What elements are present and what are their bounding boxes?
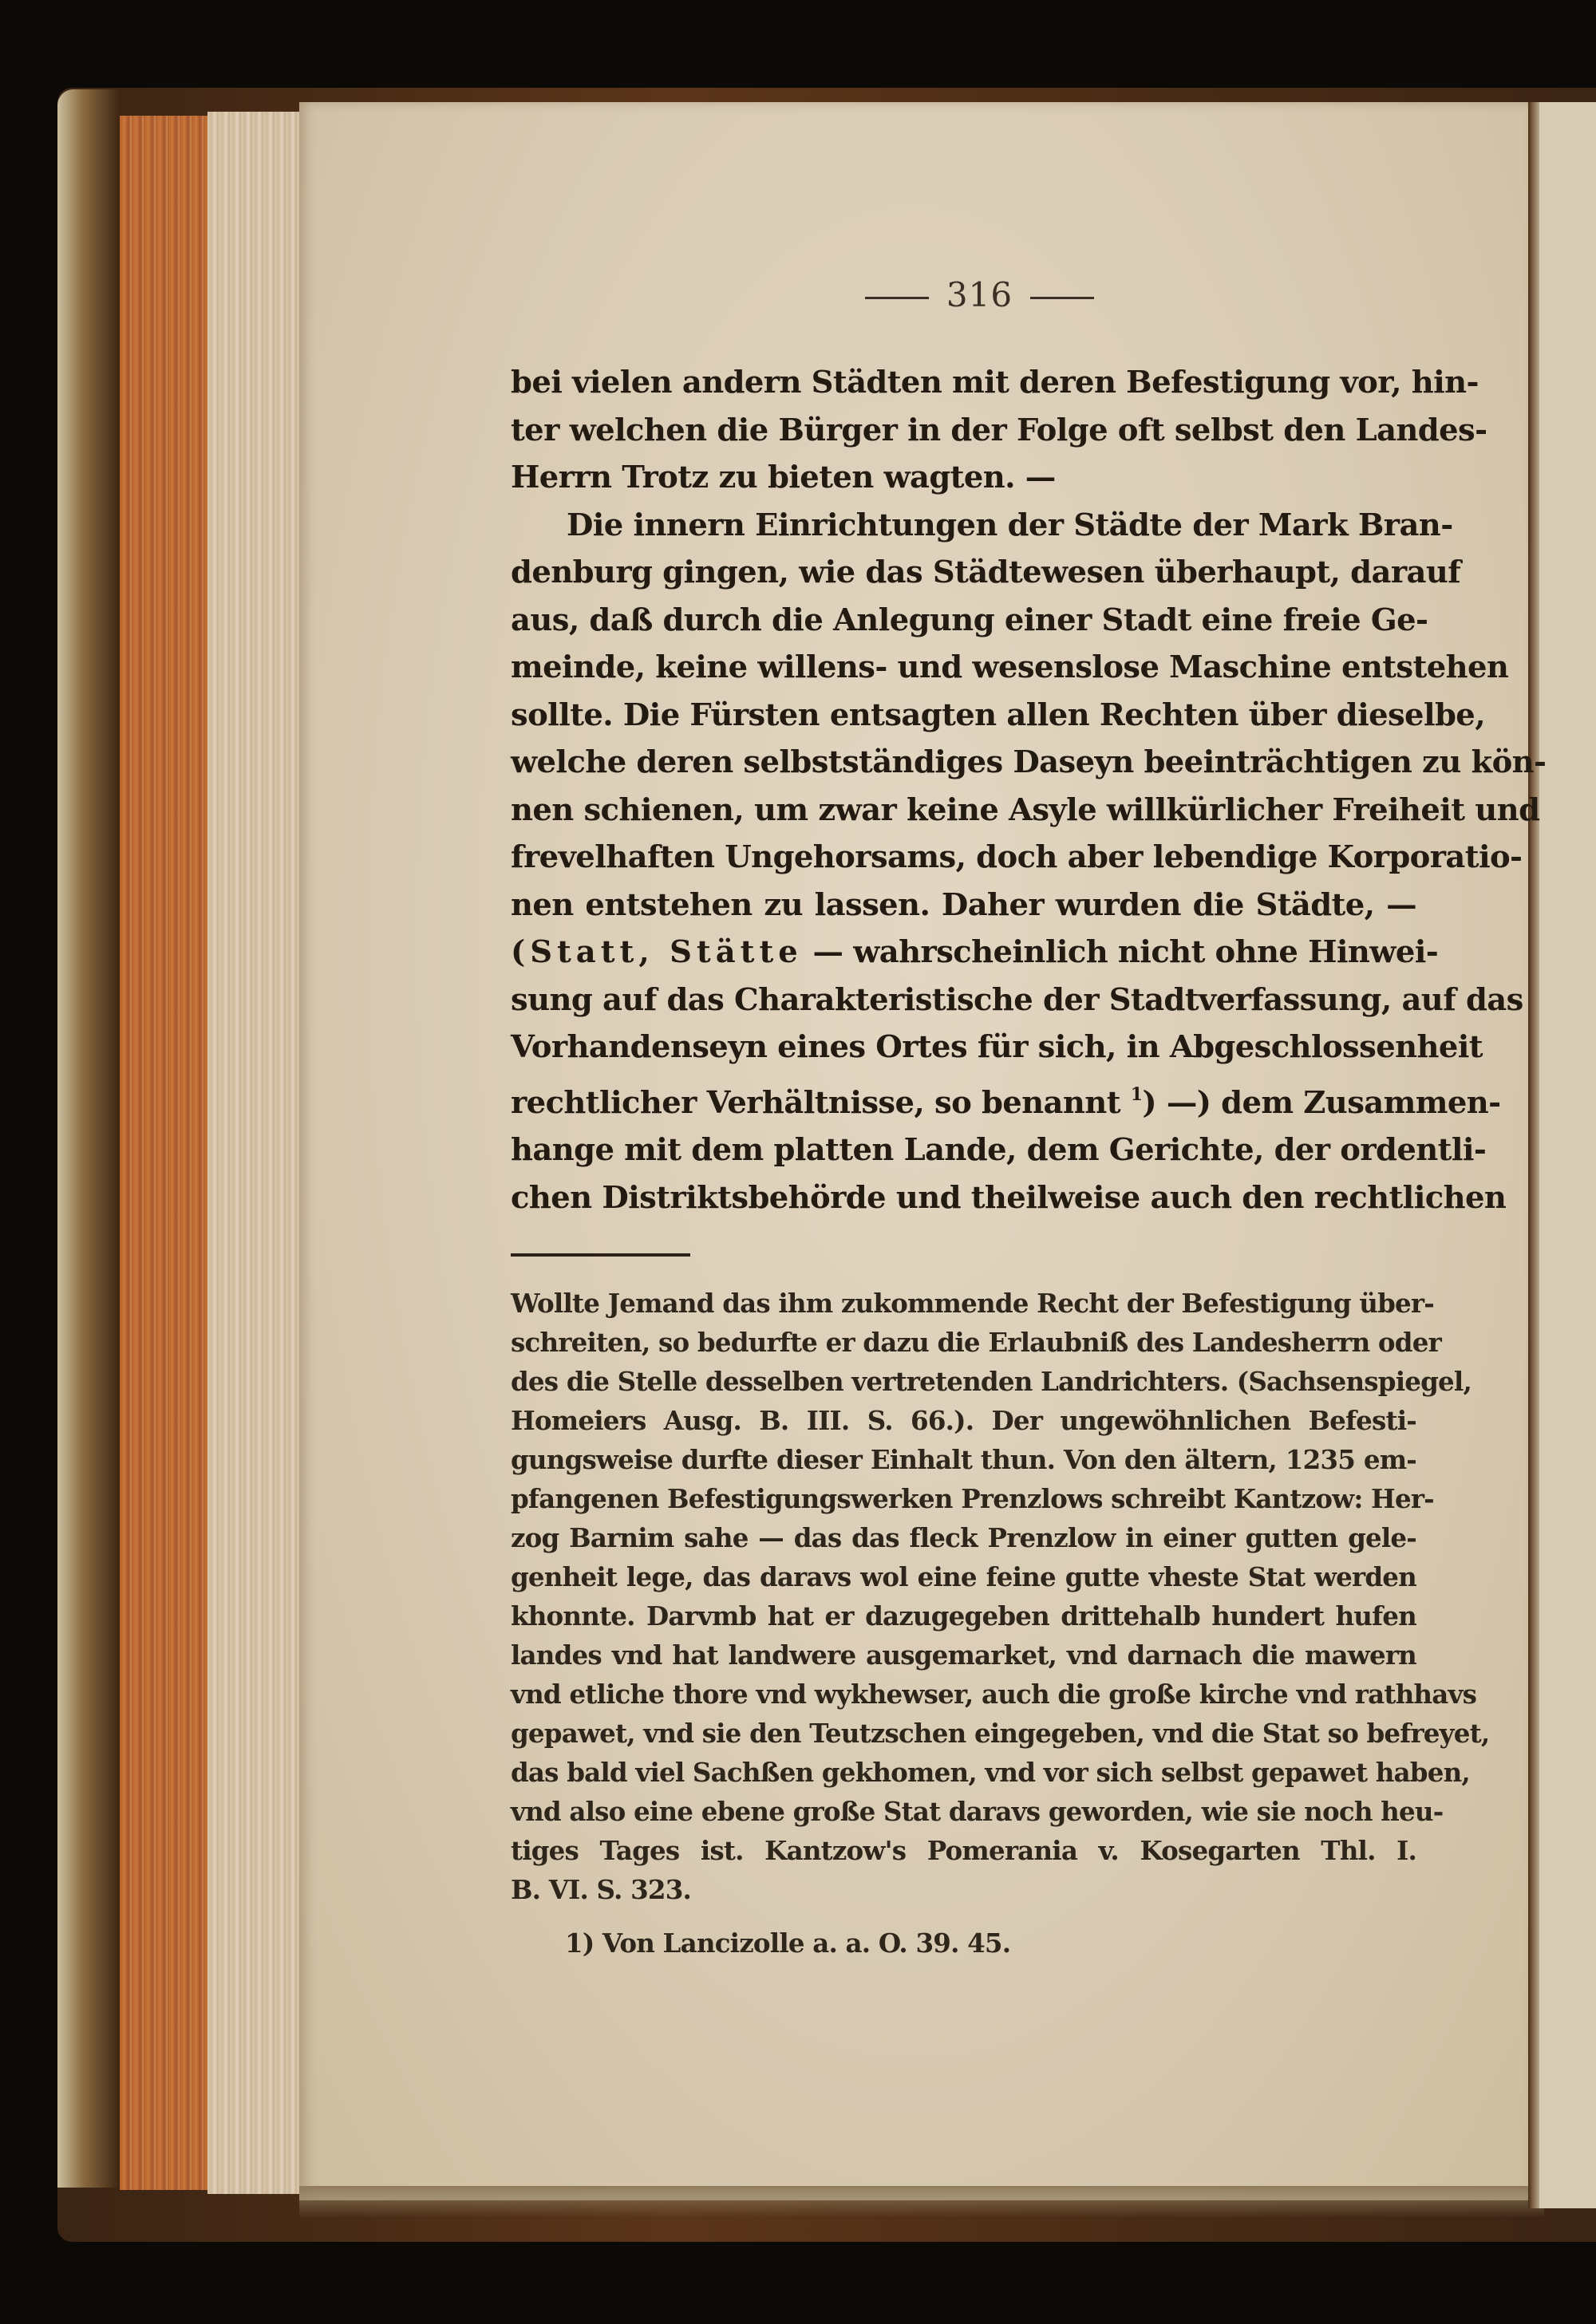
text-line: hange mit dem platten Lande, dem Gericht… [511,1126,1416,1174]
page-text-block: 316 bei vielen andern Städten mit deren … [511,275,1416,1963]
text-span: rechtlicher Verhältnisse, so benannt [511,1085,1120,1121]
footnote-line: khonnte. Darvmb hat er dazugegeben dritt… [511,1596,1416,1635]
footnote-1: 1) Von Lancizolle a. a. O. 39. 45. [511,1924,1416,1963]
page-edges [207,112,303,2194]
footnote-line: Homeiers Ausg. B. III. S. 66.). Der unge… [511,1401,1416,1440]
text-line: welche deren selbstständiges Daseyn beei… [511,739,1416,787]
text-line: rechtlicher Verhältnisse, so benannt 1) … [511,1071,1416,1127]
text-span: — wahrscheinlich nicht ohne Hinwei- [803,934,1438,970]
footnote-line: zog Barnim sahe — das das fleck Prenzlow… [511,1518,1416,1557]
page-shadow [299,2186,1544,2218]
footnote-line: landes vnd hat landwere ausgemarket, vnd… [511,1635,1416,1675]
footnote-line: das bald viel Sachßen gekhomen, vnd vor … [511,1753,1416,1792]
text-line: aus, daß durch die Anlegung einer Stadt … [511,597,1416,645]
footnote-line: vnd also eine ebene große Stat daravs ge… [511,1792,1416,1831]
footnote-line: gungsweise durfte dieser Einhalt thun. V… [511,1440,1416,1479]
page-header: 316 [543,275,1416,323]
text-line: nen entstehen zu lassen. Daher wurden di… [511,882,1416,929]
book-gutter [1528,102,1539,2208]
footnote-line: schreiten, so bedurfte er dazu die Erlau… [511,1323,1416,1362]
text-line: meinde, keine willens- und wesenslose Ma… [511,644,1416,692]
spaced-text: (Statt, Stätte [511,934,803,970]
text-line: (Statt, Stätte — wahrscheinlich nicht oh… [511,929,1416,977]
page-number: 316 [946,275,1013,314]
paragraph-start-line: Die innern Einrichtungen der Städte der … [511,502,1416,550]
text-line: sollte. Die Fürsten entsagten allen Rech… [511,692,1416,740]
text-line: chen Distriktsbehörde und theilweise auc… [511,1174,1416,1222]
text-line: Vorhandenseyn eines Ortes für sich, in A… [511,1024,1416,1071]
text-span: ) —) dem Zusammen- [1142,1085,1500,1121]
text-line: Herrn Trotz zu bieten wagten. — [511,454,1416,502]
cover-edge [57,89,121,2188]
footnote-line: gepawet, vnd sie den Teutzschen eingegeb… [511,1714,1416,1753]
footnote-line: B. VI. S. 323. [511,1870,1416,1909]
text-line: bei vielen andern Städten mit deren Befe… [511,359,1416,407]
text-line: sung auf das Charakteristische der Stadt… [511,977,1416,1024]
footnote-line: pfangenen Befestigungswerken Prenzlows s… [511,1479,1416,1518]
facing-page-edge [1539,102,1596,2208]
footnote-line: tiges Tages ist. Kantzow's Pomerania v. … [511,1831,1416,1870]
footnote-line: vnd etliche thore vnd wykhewser, auch di… [511,1675,1416,1714]
text-line: nen schienen, um zwar keine Asyle willkü… [511,787,1416,835]
footnote-line: genheit lege, das daravs wol eine feine … [511,1557,1416,1596]
header-dash-right [1030,297,1094,299]
footnote-line: Wollte Jemand das ihm zukommende Recht d… [511,1284,1416,1323]
footnote-marker: 1 [1131,1084,1143,1105]
text-line: frevelhaften Ungehorsams, doch aber lebe… [511,834,1416,882]
text-line: denburg gingen, wie das Städtewesen über… [511,549,1416,597]
body-text: bei vielen andern Städten mit deren Befe… [511,359,1416,1221]
header-dash-left [865,297,929,299]
footnote-divider [511,1253,690,1257]
footnote-line: des die Stelle desselben vertretenden La… [511,1362,1416,1401]
footnotes: Wollte Jemand das ihm zukommende Recht d… [511,1284,1416,1963]
text-line: ter welchen die Bürger in der Folge oft … [511,407,1416,455]
